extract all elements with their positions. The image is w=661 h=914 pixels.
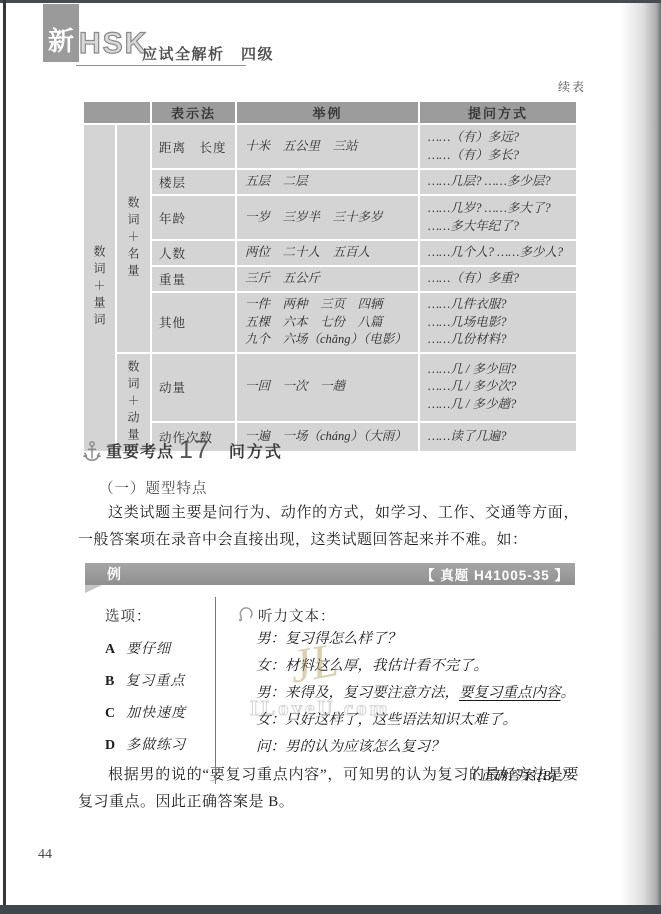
example-label: 例 <box>107 564 121 584</box>
cell-examples: 一件 两种 三页 四辆五棵 六本 七份 八篇九个 六场（chǎng）（电影） <box>237 293 418 352</box>
page-edge-left <box>3 0 6 914</box>
table-row: 其他 一件 两种 三页 四辆五棵 六本 七份 八篇九个 六场（chǎng）（电影… <box>84 293 576 352</box>
table-header-row: 表示法 举例 提问方式 <box>84 102 576 123</box>
cell-examples: 十米 五公里 三站 <box>237 125 418 168</box>
example-bar-fold <box>85 585 102 593</box>
table-row: 数词＋动量 动量 一回 一次 一趟 ……几 / 多少回?……几 / 多少次?……… <box>84 354 576 421</box>
brand-hsk: HSK <box>79 27 148 61</box>
table-subgroup-label: 数词＋名量 <box>117 125 150 352</box>
page-edge-bottom <box>0 905 661 914</box>
table-row: 年龄 一岁 三岁半 三十多岁 ……几岁? ……多大了?……多大年纪了? <box>84 196 576 239</box>
dialog-line: 男：复习得怎么样了？ <box>238 626 575 653</box>
table-row: 重量 三斤 五公斤 ……（有）多重? <box>84 267 576 291</box>
option-d: D多做练习 <box>105 734 215 754</box>
keypoint-heading: 重要考点 17 问方式 <box>82 436 283 465</box>
table-continued-label: 续表 <box>558 78 586 95</box>
cell-questions: ……几件衣服?……几场电影?……几份材料? <box>420 293 576 352</box>
cell-method: 动量 <box>152 354 235 421</box>
dialog-line: 女：只好这样了，这些语法知识太难了。 <box>238 707 575 734</box>
keypoint-number: 17 <box>179 436 211 465</box>
dialog-line: 男：来得及，复习要注意方法，要复习重点内容。 <box>238 680 575 707</box>
cell-method: 年龄 <box>152 196 235 239</box>
cell-method: 距离 长度 <box>152 125 235 168</box>
example-bar: 例 【 真题 H41005-35 】 <box>85 563 575 585</box>
options-column: 选项： A要仔细 B复习重点 C加快速度 D多做练习 <box>85 597 216 784</box>
option-a: A要仔细 <box>105 638 215 658</box>
table-header-blank <box>84 102 150 123</box>
cell-questions: ……几个人? ……多少人? <box>420 241 576 265</box>
option-c: C加快速度 <box>105 702 215 722</box>
table-row: 数词＋量词 数词＋名量 距离 长度 十米 五公里 三站 ……（有）多远?……（有… <box>84 125 576 168</box>
intro-paragraph: 这类试题主要是问行为、动作的方式，如学习、工作、交通等方面，一般答案项在录音中会… <box>78 500 579 554</box>
listening-column: 听力文本： 男：复习得怎么样了？ 女：材料这么厚，我估计看不完了。 男：来得及，… <box>216 597 575 784</box>
example-content: 选项： A要仔细 B复习重点 C加快速度 D多做练习 听力文本： 男：复习得怎么… <box>85 597 575 784</box>
table-header-questions: 提问方式 <box>420 102 576 123</box>
listening-title-row: 听力文本： <box>238 605 575 626</box>
listening-title: 听力文本： <box>258 605 336 626</box>
cell-questions: ……几层? ……多少层? <box>420 170 576 194</box>
header-underline <box>76 65 246 66</box>
cell-method: 人数 <box>152 241 235 265</box>
cell-method: 其他 <box>152 293 235 352</box>
cell-questions: ……几岁? ……多大了?……多大年纪了? <box>420 196 576 239</box>
correct-answer: （ 正确答案 [B] ） <box>238 764 575 784</box>
dialog-line: 问：男的认为应该怎么复习？ <box>238 734 575 761</box>
table-row: 人数 两位 二十人 五百人 ……几个人? ……多少人? <box>84 241 576 265</box>
cell-examples: 两位 二十人 五百人 <box>237 241 418 265</box>
page-number: 44 <box>38 847 52 863</box>
cell-questions: ……读了几遍? <box>420 423 576 451</box>
cell-examples: 一岁 三岁半 三十多岁 <box>237 196 418 239</box>
page-edge-top <box>0 0 661 3</box>
headset-icon <box>238 607 253 624</box>
keypoint-label: 重要考点 <box>106 439 174 462</box>
cell-questions: ……几 / 多少回?……几 / 多少次?……几 / 多少趟? <box>420 354 576 421</box>
option-b: B复习重点 <box>105 670 215 690</box>
cell-questions: ……（有）多重? <box>420 267 576 291</box>
options-title: 选项： <box>105 605 215 626</box>
measure-word-table: 表示法 举例 提问方式 数词＋量词 数词＋名量 距离 长度 十米 五公里 三站 … <box>82 100 578 453</box>
keypoint-title: 问方式 <box>229 439 283 462</box>
cell-examples: 一回 一次 一趟 <box>237 354 418 421</box>
table-header-examples: 举例 <box>237 102 418 123</box>
example-source: 【 真题 H41005-35 】 <box>421 564 569 584</box>
cell-questions: ……（有）多远?……（有）多长? <box>420 125 576 168</box>
cell-method: 楼层 <box>152 170 235 194</box>
subsection-title: （一）题型特点 <box>99 477 208 498</box>
table-group-label: 数词＋量词 <box>84 125 115 451</box>
table-header-method: 表示法 <box>152 102 235 123</box>
cell-method: 重量 <box>152 267 235 291</box>
dialog-line: 女：材料这么厚，我估计看不完了。 <box>238 653 575 680</box>
page-gutter-shadow <box>621 0 661 914</box>
logo-character: 新 <box>48 21 74 58</box>
cell-examples: 三斤 五公斤 <box>237 267 418 291</box>
cell-examples: 五层 二层 <box>237 170 418 194</box>
book-subtitle: 应试全解析 四级 <box>142 43 274 64</box>
logo-box: 新 <box>43 4 79 62</box>
table-row: 楼层 五层 二层 ……几层? ……多少层? <box>84 170 576 194</box>
anchor-icon <box>82 440 102 462</box>
